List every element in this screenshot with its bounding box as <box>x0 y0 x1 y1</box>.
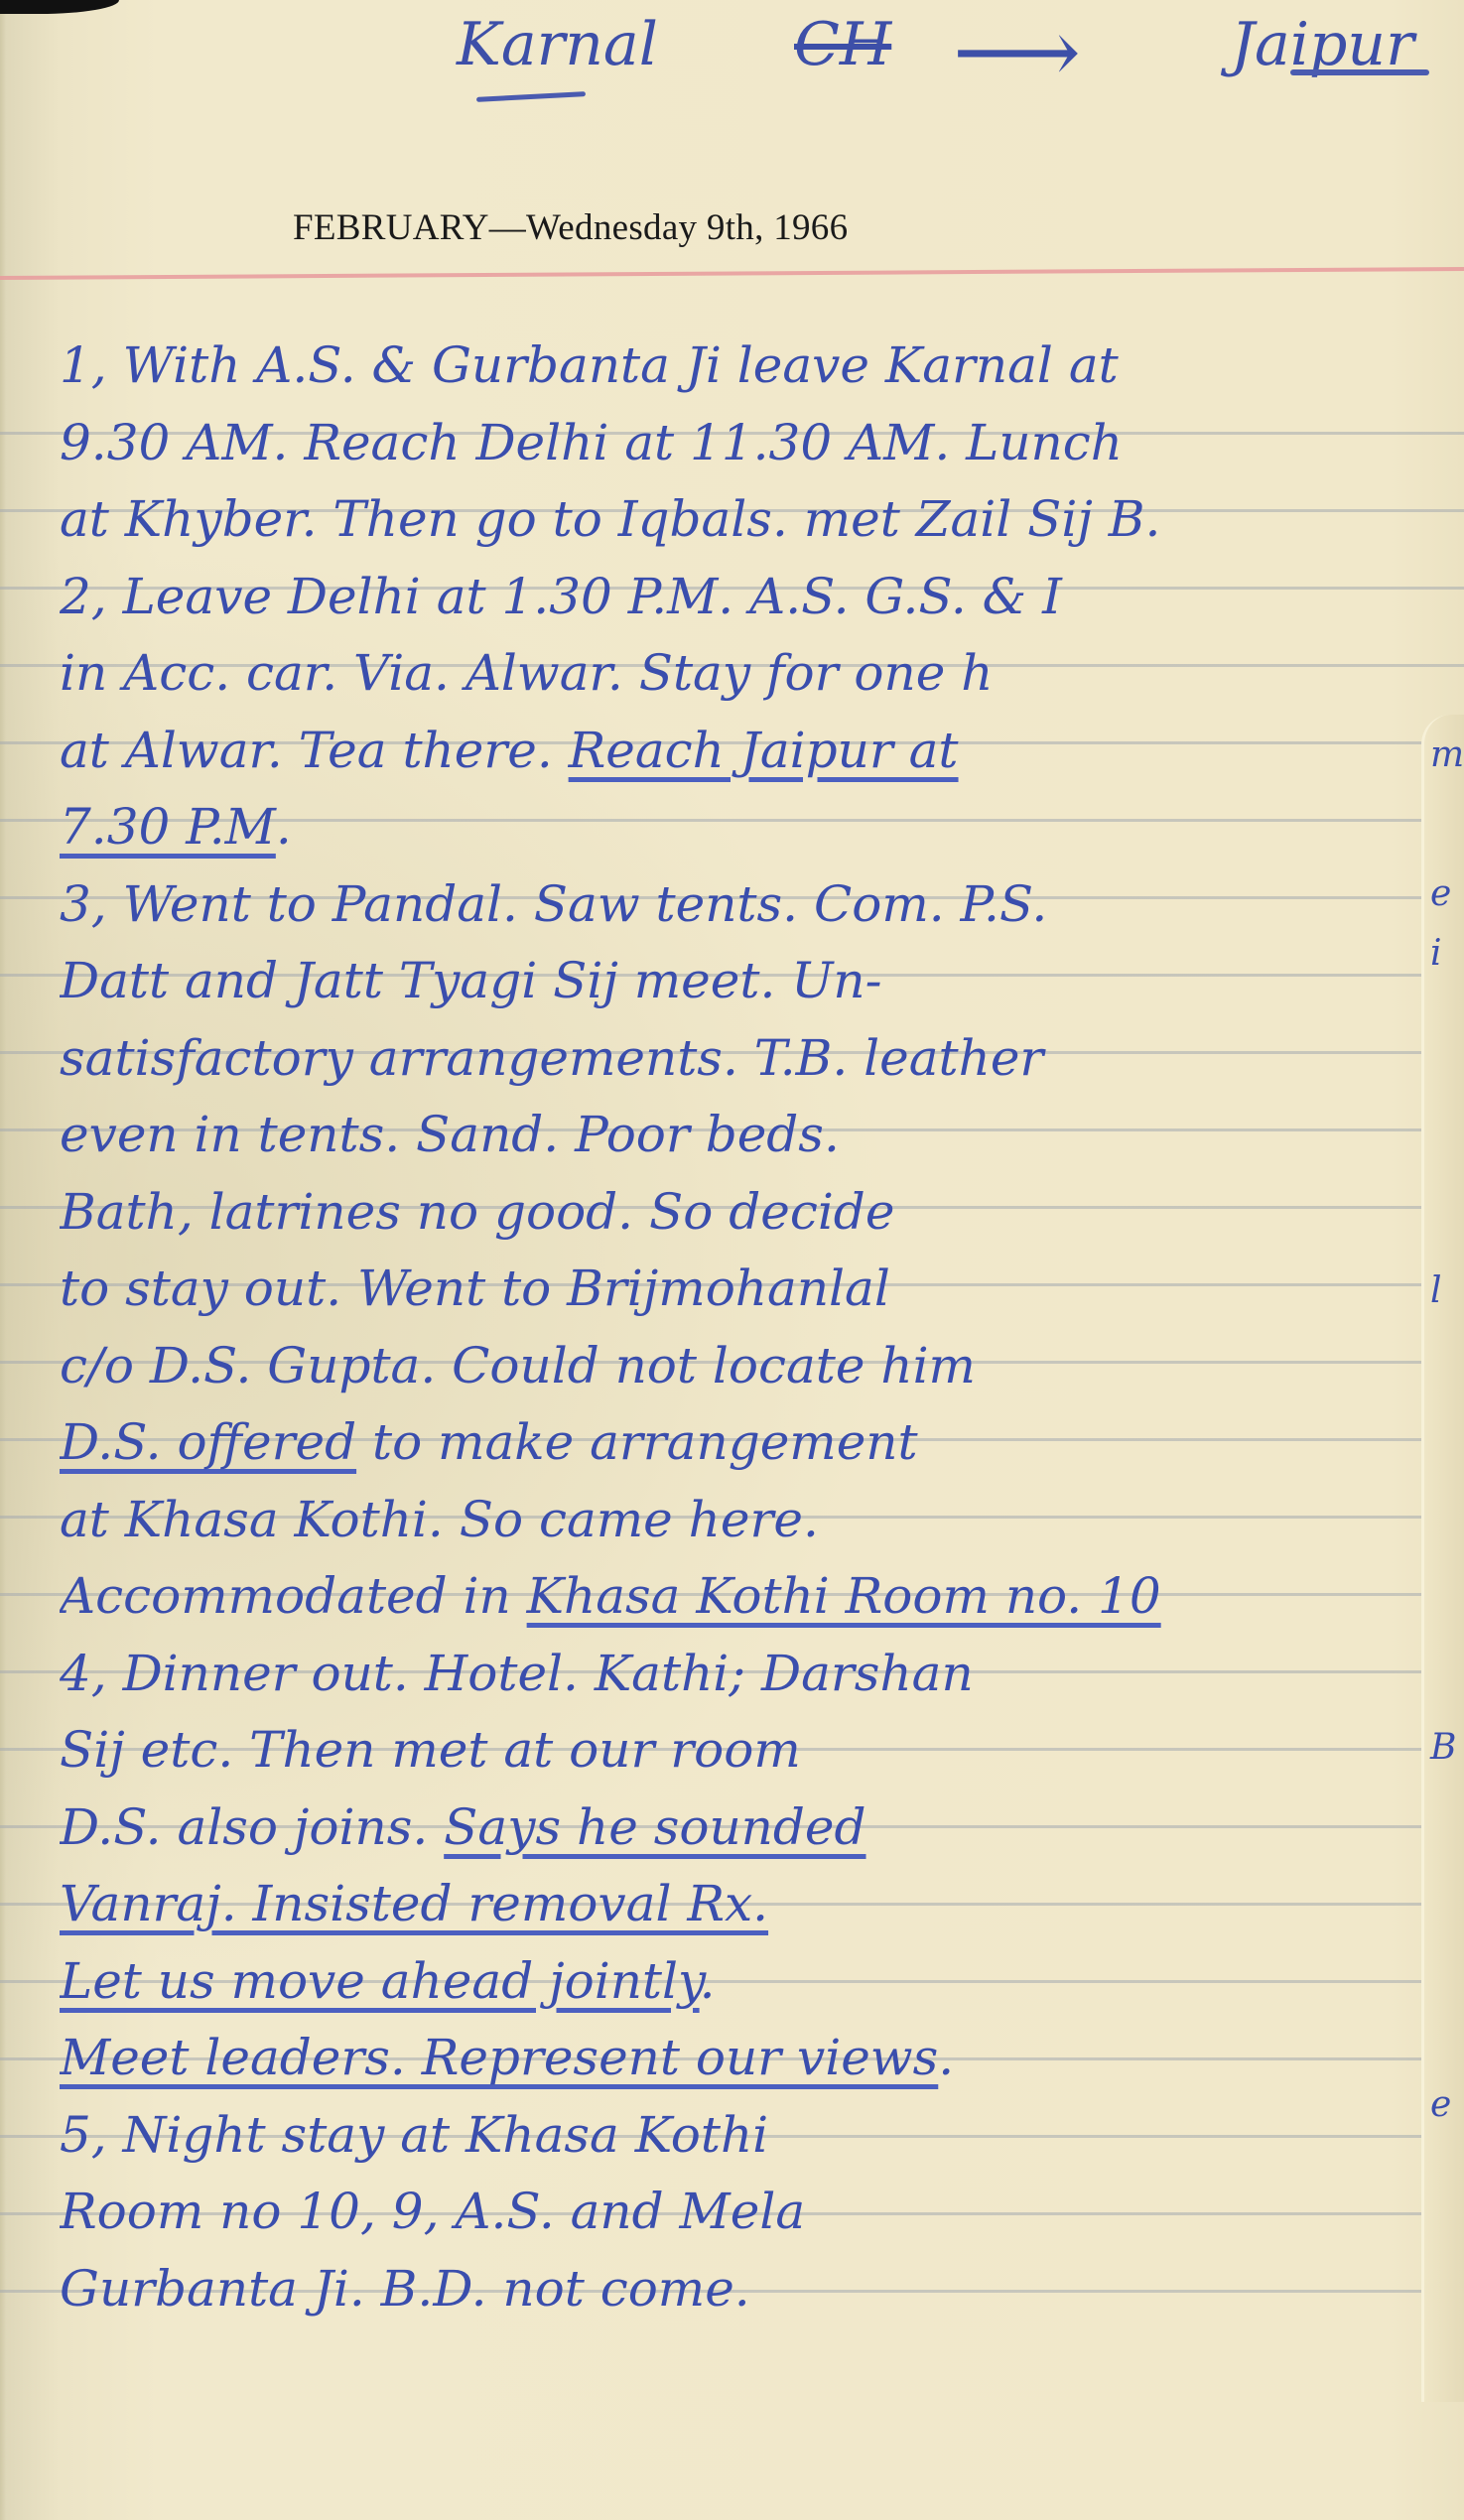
scan-shadow <box>0 0 119 14</box>
diary-page: Karnal CH ⟶ Jaipur FEBRUARY—Wednesday 9t… <box>0 0 1464 2520</box>
entry-line: even in tents. Sand. Poor beds. <box>60 1097 1429 1174</box>
entry-line: at Khasa Kothi. So came here. <box>60 1482 1429 1559</box>
edge-text-fragment: e <box>1430 2084 1451 2125</box>
underline-mark <box>1290 69 1429 75</box>
route-struck-text: CH <box>794 10 891 79</box>
entry-line: Gurbanta Ji. B.D. not come. <box>60 2251 1429 2328</box>
underlined-text: Vanraj. Insisted removal Rx. <box>60 1875 768 1932</box>
entry-line: in Acc. car. Via. Alwar. Stay for one h <box>60 635 1429 713</box>
entry-line: 2, Leave Delhi at 1.30 P.M. A.S. G.S. & … <box>60 559 1429 636</box>
entry-line: to stay out. Went to Brijmohanlal <box>60 1251 1429 1328</box>
entry-line: Bath, latrines no good. So decide <box>60 1174 1429 1252</box>
underlined-text: Reach Jaipur at <box>569 722 959 779</box>
entry-line: Datt and Jatt Tyagi Sij meet. Un- <box>60 943 1429 1020</box>
margin-rule <box>0 267 1464 280</box>
entry-line: D.S. offered to make arrangement <box>60 1404 1429 1482</box>
underlined-text: Meet leaders. Represent our views <box>60 2029 938 2086</box>
edge-text-fragment: m <box>1430 734 1464 775</box>
edge-text-fragment: e <box>1430 873 1451 914</box>
entry-line: Meet leaders. Represent our views. <box>60 2020 1429 2097</box>
edge-text-fragment: B <box>1430 1727 1456 1768</box>
printed-date-heading: FEBRUARY—Wednesday 9th, 1966 <box>293 206 848 249</box>
entry-line: Vanraj. Insisted removal Rx. <box>60 1866 1429 1943</box>
underlined-text: 7.30 P.M <box>60 798 276 856</box>
underlined-text: Let us move ahead jointly <box>60 1952 700 2010</box>
entry-line: D.S. also joins. Says he sounded <box>60 1790 1429 1867</box>
edge-text-fragment: i <box>1430 933 1442 974</box>
route-origin: Karnal <box>457 10 658 79</box>
diary-entries: 1, With A.S. & Gurbanta Ji leave Karnal … <box>60 328 1429 2327</box>
entry-line: at Alwar. Tea there. Reach Jaipur at <box>60 713 1429 790</box>
entry-line: 7.30 P.M. <box>60 789 1429 866</box>
underlined-text: Khasa Kothi Room no. 10 <box>527 1567 1161 1625</box>
route-note: Karnal CH ⟶ Jaipur <box>437 0 1464 119</box>
arrow-right-icon: ⟶ <box>953 0 1081 104</box>
entry-line: 9.30 AM. Reach Delhi at 11.30 AM. Lunch <box>60 405 1429 482</box>
entry-line: 4, Dinner out. Hotel. Kathi; Darshan <box>60 1636 1429 1713</box>
underlying-page-edge: m e i l B e <box>1421 715 1464 2402</box>
entry-line: c/o D.S. Gupta. Could not locate him <box>60 1328 1429 1405</box>
edge-text-fragment: l <box>1430 1270 1442 1311</box>
underlined-text: D.S. offered <box>60 1413 356 1471</box>
entry-line: satisfactory arrangements. T.B. leather <box>60 1020 1429 1098</box>
underline-mark <box>476 91 586 102</box>
entry-line: 5, Night stay at Khasa Kothi <box>60 2097 1429 2175</box>
underlined-text: Says he sounded <box>444 1798 865 1856</box>
entry-line: Sij etc. Then met at our room <box>60 1712 1429 1790</box>
entry-line: Let us move ahead jointly. <box>60 1943 1429 2021</box>
entry-line: 3, Went to Pandal. Saw tents. Com. P.S. <box>60 866 1429 944</box>
entry-line: Room no 10, 9, A.S. and Mela <box>60 2174 1429 2251</box>
entry-line: 1, With A.S. & Gurbanta Ji leave Karnal … <box>60 328 1429 405</box>
entry-line: at Khyber. Then go to Iqbals. met Zail S… <box>60 481 1429 559</box>
entry-line: Accommodated in Khasa Kothi Room no. 10 <box>60 1558 1429 1636</box>
